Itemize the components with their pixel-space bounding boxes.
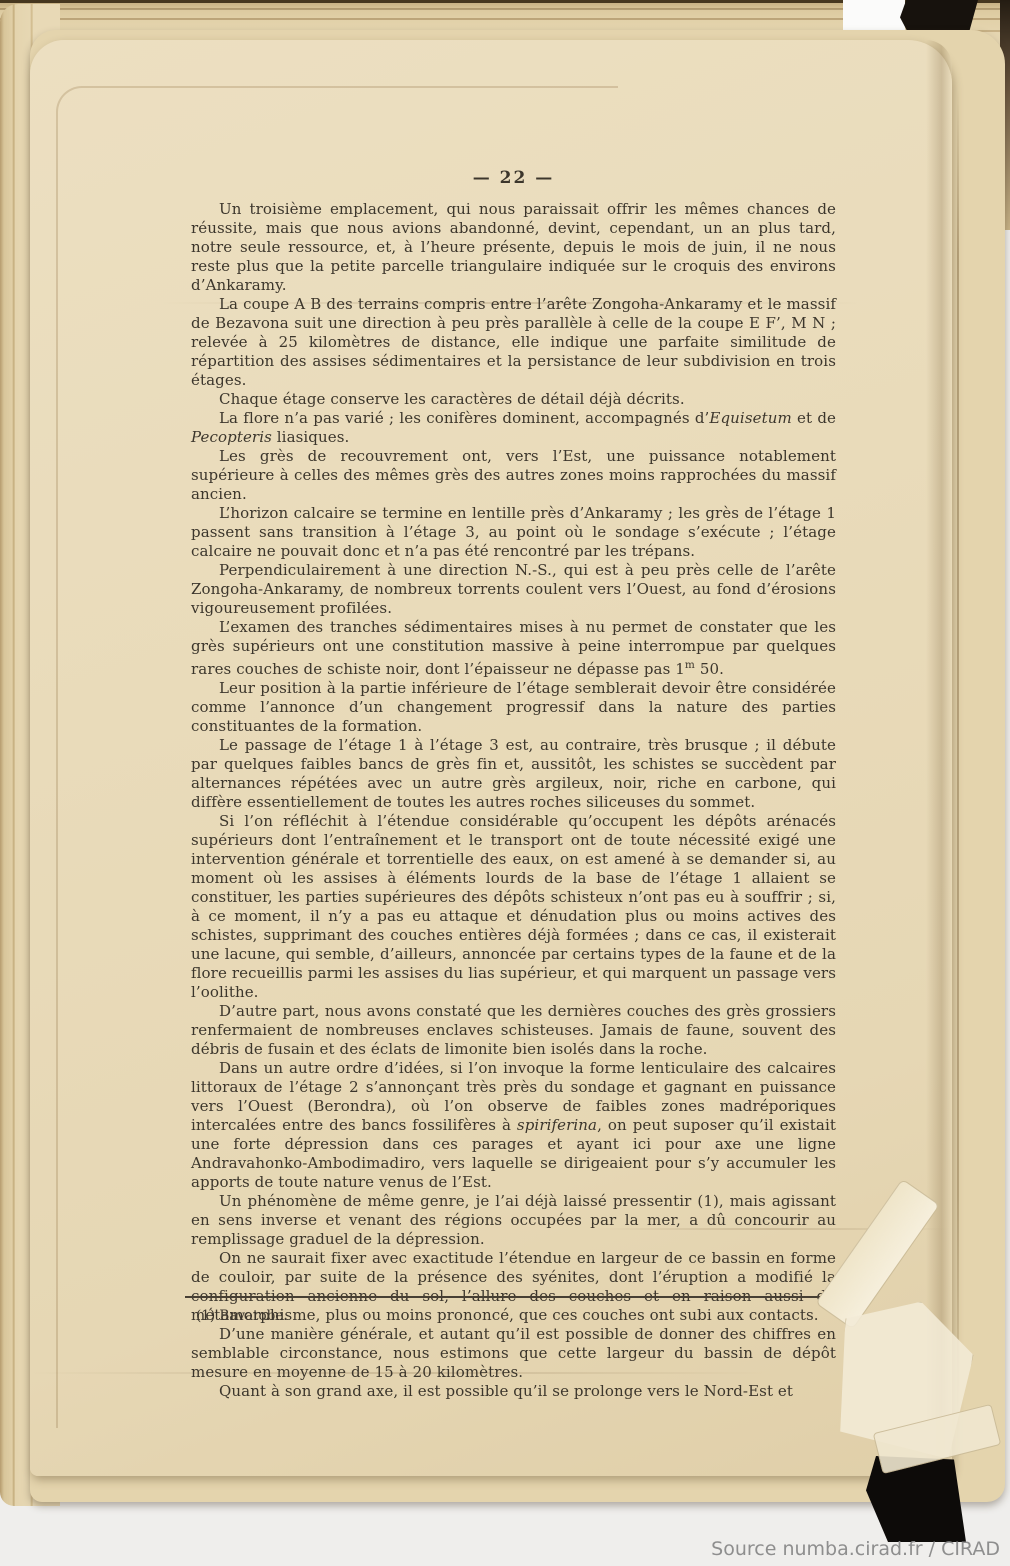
paragraph: D’une manière générale, et autant qu’il … xyxy=(191,1325,836,1382)
paragraph: Chaque étage conserve les caractères de … xyxy=(191,390,836,409)
paragraph: L’examen des tranches sédimentaires mise… xyxy=(191,618,836,679)
paragraph: La flore n’a pas varié ; les conifères d… xyxy=(191,409,836,447)
paragraph: Un troisième emplacement, qui nous parai… xyxy=(191,200,836,295)
paragraph: Si l’on réfléchit à l’étendue considérab… xyxy=(191,812,836,1002)
paragraph: L’horizon calcaire se termine en lentill… xyxy=(191,504,836,561)
page-number: — 22 — xyxy=(191,168,836,188)
footnote: (1) Bavatobe. xyxy=(196,1308,288,1324)
paragraph: D’autre part, nous avons constaté que le… xyxy=(191,1002,836,1059)
source-watermark: Source numba.cirad.fr / CIRAD xyxy=(711,1538,1000,1560)
paragraph: Perpendiculairement à une direction N.-S… xyxy=(191,561,836,618)
page-curl-shadow xyxy=(926,40,952,1476)
scanned-book-page: — 22 — Un troisième emplacement, qui nou… xyxy=(0,0,1010,1566)
paragraph: La coupe A B des terrains compris entre … xyxy=(191,295,836,390)
paragraph: Leur position à la partie inférieure de … xyxy=(191,679,836,736)
book-page: — 22 — Un troisième emplacement, qui nou… xyxy=(30,40,952,1476)
footnote-rule xyxy=(185,1296,840,1298)
paragraph: Les grès de recouvrement ont, vers l’Est… xyxy=(191,447,836,504)
paragraph: Le passage de l’étage 1 à l’étage 3 est,… xyxy=(191,736,836,812)
text-block: Un troisième emplacement, qui nous parai… xyxy=(191,200,836,1401)
paragraph: Quant à son grand axe, il est possible q… xyxy=(191,1382,836,1401)
paragraph: Un phénomène de même genre, je l’ai déjà… xyxy=(191,1192,836,1249)
paragraph: Dans un autre ordre d’idées, si l’on inv… xyxy=(191,1059,836,1192)
paragraph: On ne saurait fixer avec exactitude l’ét… xyxy=(191,1249,836,1325)
